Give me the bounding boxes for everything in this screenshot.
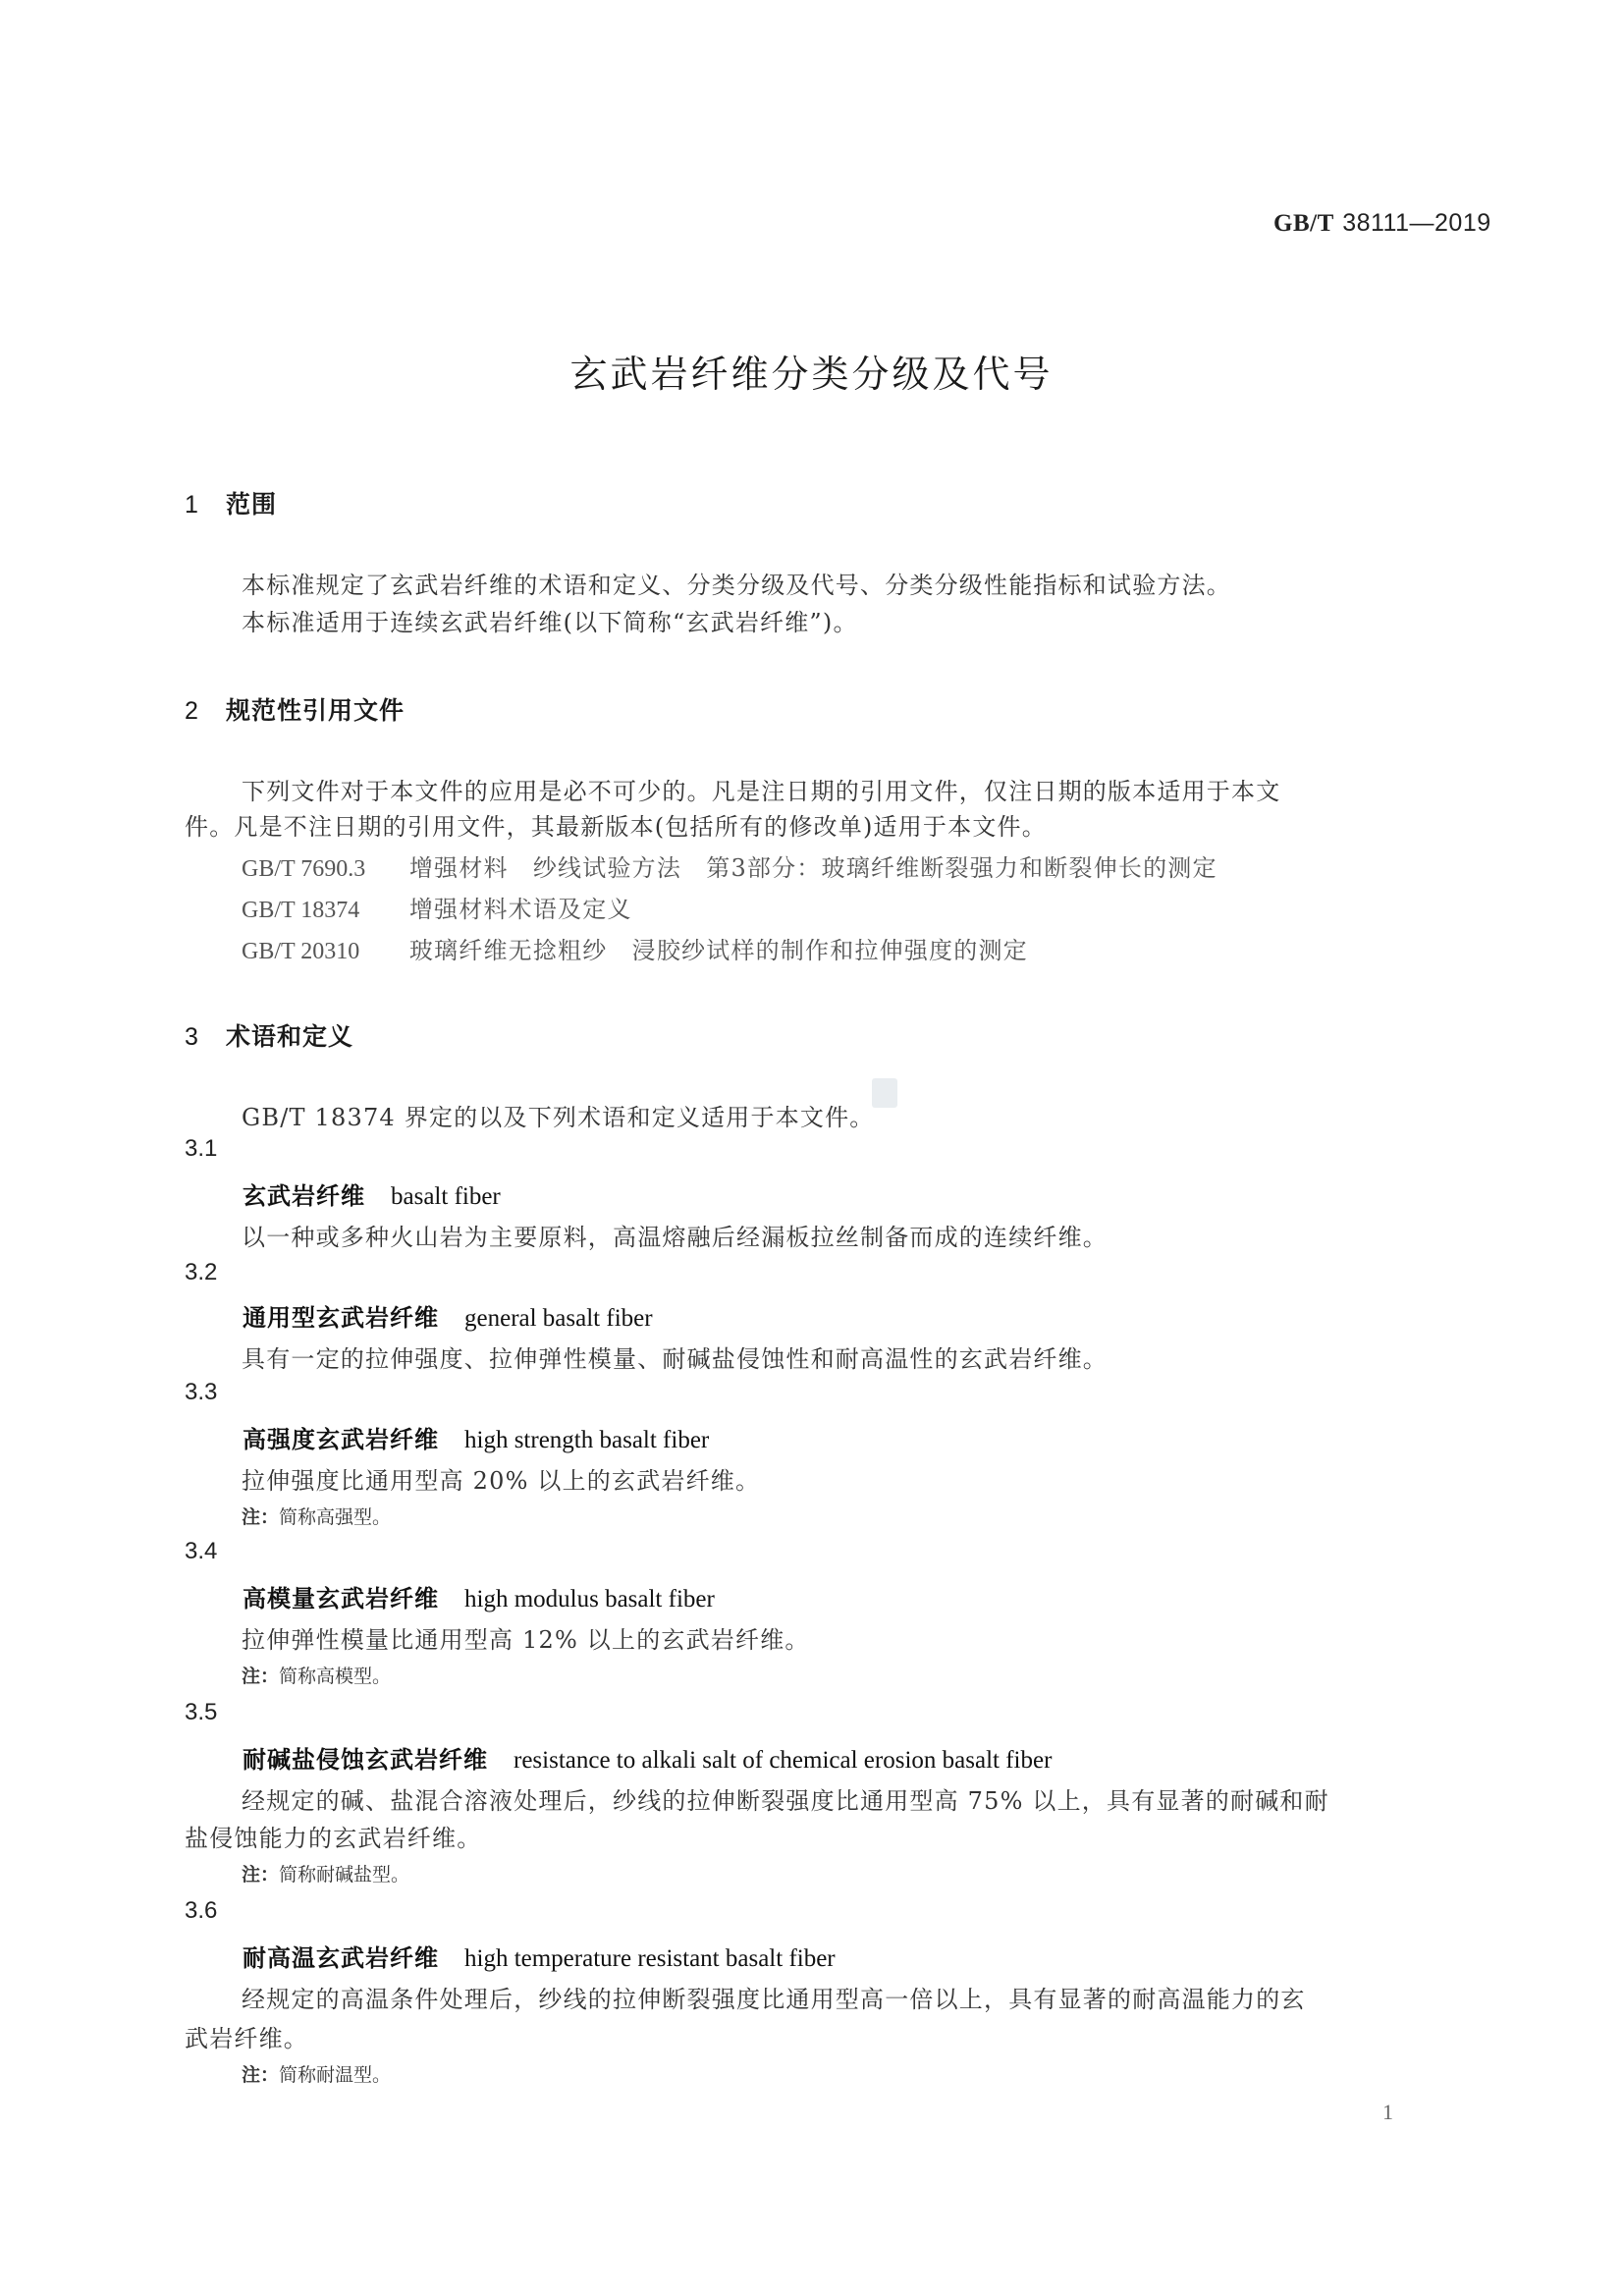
term-name-zh: 玄武岩纤维 (243, 1182, 365, 1210)
reference-item: GB/T 20310 玻璃纤维无捻粗纱 浸胶纱试样的制作和拉伸强度的测定 (242, 931, 1028, 965)
term-note: 注：简称高强型。 (242, 1503, 391, 1529)
reference-code: GB/T 20310 (242, 939, 401, 965)
reference-item: GB/T 7690.3 增强材料 纱线试验方法 第3部分：玻璃纤维断裂强力和断裂… (242, 848, 1217, 883)
term-name-zh: 高强度玄武岩纤维 (243, 1426, 439, 1453)
term-definition-line-2: 盐侵蚀能力的玄武岩纤维。 (185, 1819, 481, 1853)
term-definition-line-1: 经规定的碱、盐混合溶液处理后，纱线的拉伸断裂强度比通用型高 75% 以上，具有显… (242, 1781, 1329, 1816)
watermark-mark (872, 1078, 897, 1108)
term-name-en: general basalt fiber (464, 1305, 653, 1332)
note-text: 简称耐温型。 (279, 2064, 391, 2086)
page-number: 1 (1382, 2100, 1393, 2125)
term-number: 3.6 (185, 1897, 217, 1925)
section-number: 3 (185, 1023, 226, 1052)
term-name-zh: 耐碱盐侵蚀玄武岩纤维 (243, 1746, 488, 1774)
term-name: 耐碱盐侵蚀玄武岩纤维resistance to alkali salt of c… (243, 1740, 1052, 1775)
term-name-zh: 耐高温玄武岩纤维 (243, 1944, 439, 1972)
scope-paragraph-1: 本标准规定了玄武岩纤维的术语和定义、分类分级及代号、分类分级性能指标和试验方法。 (242, 566, 1231, 600)
term-definition: 拉伸强度比通用型高 20% 以上的玄武岩纤维。 (242, 1461, 760, 1496)
reference-title: 玻璃纤维无捻粗纱 浸胶纱试样的制作和拉伸强度的测定 (409, 937, 1028, 964)
term-name-zh: 通用型玄武岩纤维 (243, 1304, 439, 1332)
term-name-zh: 高模量玄武岩纤维 (243, 1585, 439, 1613)
normative-paragraph-line-2: 件。凡是不注日期的引用文件，其最新版本(包括所有的修改单)适用于本文件。 (185, 807, 1047, 842)
section-3-heading: 3术语和定义 (185, 1017, 353, 1053)
section-title: 范围 (226, 490, 277, 519)
standard-prefix: GB/T (1273, 210, 1334, 237)
section-number: 2 (185, 697, 226, 726)
term-definition: 具有一定的拉伸强度、拉伸弹性模量、耐碱盐侵蚀性和耐高温性的玄武岩纤维。 (242, 1339, 1108, 1374)
section-number: 1 (185, 491, 226, 519)
terms-intro: GB/T 18374 界定的以及下列术语和定义适用于本文件。 (242, 1098, 875, 1132)
normative-paragraph-line-1: 下列文件对于本文件的应用是必不可少的。凡是注日期的引用文件，仅注日期的版本适用于… (242, 772, 1280, 806)
term-name-en: resistance to alkali salt of chemical er… (514, 1747, 1052, 1774)
term-number: 3.5 (185, 1699, 217, 1726)
scope-paragraph-2: 本标准适用于连续玄武岩纤维(以下简称“玄武岩纤维”)。 (242, 603, 858, 637)
term-definition: 以一种或多种火山岩为主要原料，高温熔融后经漏板拉丝制备而成的连续纤维。 (242, 1218, 1108, 1252)
document-title: 玄武岩纤维分类分级及代号 (0, 344, 1623, 398)
term-name-en: basalt fiber (391, 1183, 501, 1210)
term-number: 3.4 (185, 1538, 217, 1565)
note-text: 简称高强型。 (279, 1506, 391, 1528)
section-title: 规范性引用文件 (226, 696, 405, 725)
term-name-en: high strength basalt fiber (464, 1427, 709, 1453)
term-definition: 拉伸弹性模量比通用型高 12% 以上的玄武岩纤维。 (242, 1620, 810, 1655)
term-note: 注：简称耐碱盐型。 (242, 1860, 409, 1886)
term-definition-line-1: 经规定的高温条件处理后，纱线的拉伸断裂强度比通用型高一倍以上，具有显著的耐高温能… (242, 1980, 1306, 2014)
term-number: 3.3 (185, 1379, 217, 1406)
term-number: 3.1 (185, 1135, 217, 1163)
reference-code: GB/T 18374 (242, 898, 401, 924)
term-name: 通用型玄武岩纤维general basalt fiber (243, 1298, 653, 1333)
term-name-en: high modulus basalt fiber (464, 1586, 715, 1613)
term-name: 玄武岩纤维basalt fiber (243, 1176, 501, 1211)
note-text: 简称高模型。 (279, 1666, 391, 1687)
reference-code: GB/T 7690.3 (242, 856, 401, 883)
term-name-en: high temperature resistant basalt fiber (464, 1945, 836, 1972)
note-label: 注： (242, 2064, 279, 2086)
standard-code: GB/T 38111—2019 (1273, 208, 1491, 238)
term-name: 高模量玄武岩纤维high modulus basalt fiber (243, 1579, 715, 1613)
term-name: 耐高温玄武岩纤维high temperature resistant basal… (243, 1939, 836, 1973)
reference-title: 增强材料 纱线试验方法 第3部分：玻璃纤维断裂强力和断裂伸长的测定 (409, 854, 1217, 882)
term-name: 高强度玄武岩纤维high strength basalt fiber (243, 1420, 709, 1454)
note-label: 注： (242, 1864, 279, 1886)
reference-item: GB/T 18374 增强材料术语及定义 (242, 890, 632, 924)
note-text: 简称耐碱盐型。 (279, 1864, 409, 1886)
note-label: 注： (242, 1666, 279, 1687)
standard-number: 38111—2019 (1342, 209, 1490, 237)
section-2-heading: 2规范性引用文件 (185, 691, 405, 727)
term-definition-line-2: 武岩纤维。 (185, 2019, 308, 2053)
section-title: 术语和定义 (226, 1022, 353, 1051)
term-note: 注：简称高模型。 (242, 1662, 391, 1688)
term-note: 注：简称耐温型。 (242, 2060, 391, 2087)
reference-title: 增强材料术语及定义 (409, 896, 632, 923)
note-label: 注： (242, 1506, 279, 1528)
term-number: 3.2 (185, 1259, 217, 1286)
section-1-heading: 1范围 (185, 485, 277, 520)
